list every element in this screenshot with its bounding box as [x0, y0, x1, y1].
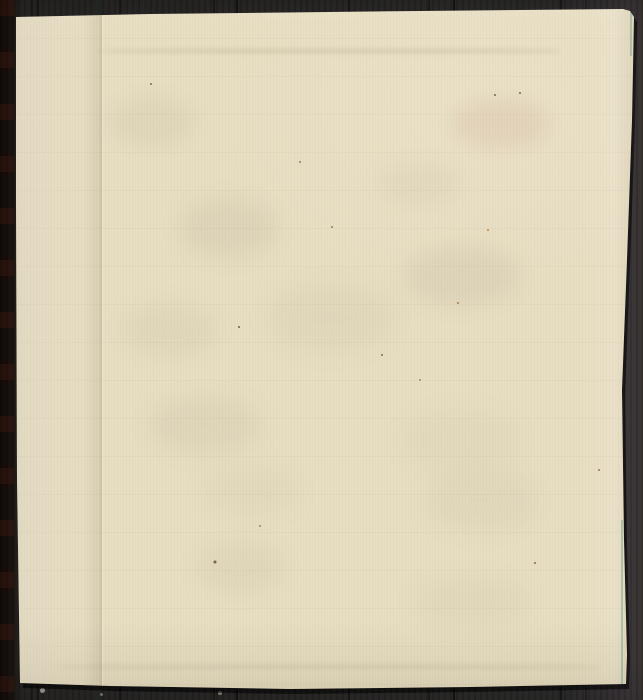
- showthrough-smudge: [425, 468, 535, 532]
- showthrough-smudge: [378, 163, 463, 205]
- paper-speck: [381, 354, 383, 356]
- paper-speck: [331, 226, 333, 228]
- paper-speck: [519, 92, 521, 94]
- photo-stage: [0, 0, 643, 700]
- showthrough-smudge: [265, 283, 395, 353]
- edge-color-artifact: [621, 520, 623, 685]
- paper-speck: [494, 94, 496, 96]
- paper-speck: [534, 562, 536, 564]
- showthrough-smudge: [60, 665, 600, 669]
- background-left-edge-streaks: [0, 0, 14, 700]
- showthrough-smudge: [195, 540, 285, 595]
- showthrough-smudge: [148, 396, 263, 454]
- paper-speck: [419, 379, 421, 381]
- vertical-crease: [102, 0, 103, 700]
- selvage-panel: [16, 0, 102, 700]
- paper-speck: [299, 161, 301, 163]
- paper-speck: [238, 326, 240, 328]
- stamp-sheet-reverse: [0, 0, 643, 700]
- paper-speck: [457, 302, 459, 304]
- showthrough-smudge: [100, 49, 560, 54]
- showthrough-smudge: [453, 100, 548, 148]
- paper-speck: [214, 561, 217, 564]
- edge-color-artifact: [630, 12, 632, 56]
- background-debris-speck: [100, 693, 103, 696]
- background-debris-speck: [40, 688, 45, 693]
- showthrough-smudge: [178, 197, 278, 259]
- paper-speck: [259, 525, 261, 527]
- paper-speck: [150, 83, 152, 85]
- showthrough-smudge: [200, 465, 300, 515]
- showthrough-smudge: [413, 577, 528, 627]
- showthrough-smudge: [405, 245, 520, 307]
- showthrough-smudge: [110, 97, 195, 147]
- paper-speck: [487, 229, 489, 231]
- paper-speck: [598, 469, 600, 471]
- showthrough-smudge: [400, 410, 520, 470]
- showthrough-smudge: [123, 303, 218, 358]
